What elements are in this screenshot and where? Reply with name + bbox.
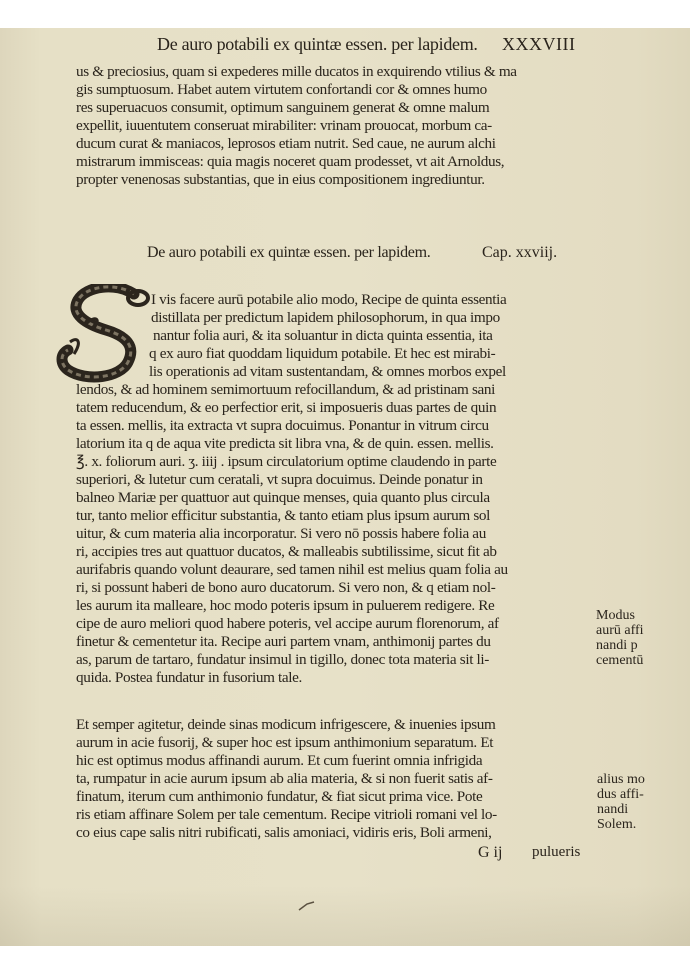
text-line: q ex auro fiat quoddam liquidum potabile… (149, 345, 495, 362)
text-line: cipe de auro meliori quod habere poteris… (76, 615, 499, 632)
text-line: tur, tanto melior efficitur substantia, … (76, 507, 490, 524)
text-line: les aurum ita malleare, hoc modo poteris… (76, 597, 494, 614)
text-line: I vis facere aurū potabile alio modo, Re… (151, 291, 506, 308)
running-title: De auro potabili ex quintæ essen. per la… (157, 34, 478, 55)
text-line: superiori, & lutetur cum ceratali, vt su… (76, 471, 483, 488)
margin-note: Modus aurū affi nandi p cementū (596, 608, 644, 668)
chapter-number: Cap. xxviij. (482, 244, 557, 262)
text-line: co eius cape salis nitri rubificati, sal… (76, 824, 492, 841)
text-line: aurifabris quando volunt deaurare, sed t… (76, 561, 508, 578)
text-line: balneo Mariæ per quattuor aut quinque me… (76, 489, 490, 506)
text-line: finatum, iterum cum anthimonio fundatur,… (76, 788, 482, 805)
text-line: tatem reducendum, & eo perfectior erit, … (76, 399, 496, 416)
text-line: us & preciosius, quam si expederes mille… (76, 63, 517, 80)
text-line: aurum in acie fusorij, & super hoc est i… (76, 734, 493, 751)
text-line: ri, accipies tres aut quattuor ducatos, … (76, 543, 497, 560)
text-line: latorium ita q de aqua vite predicta sit… (76, 435, 494, 452)
text-line: finetur & cementetur ita. Recipe auri pa… (76, 633, 491, 650)
decorated-initial-s-icon (56, 284, 150, 384)
text-line: nantur folia auri, & ita soluantur in di… (153, 327, 492, 344)
ink-smudge-icon (298, 898, 316, 908)
text-line: expellit, iuuentutem conseruat mirabilit… (76, 117, 492, 134)
margin-note: alius mo dus affi- nandi Solem. (597, 772, 645, 832)
text-line: res superuacuos consumit, optimum sangui… (76, 99, 489, 116)
text-line: gis sumptuosum. Habet autem virtutem con… (76, 81, 487, 98)
chapter-title: De auro potabili ex quintæ essen. per la… (147, 244, 430, 262)
text-line: distillata per predictum lapidem philoso… (151, 309, 500, 326)
text-line: propter venenosas substantias, que in ei… (76, 171, 485, 188)
text-line: as, parum de tartaro, fundatur insimul i… (76, 651, 489, 668)
folio-number: XXXVIII (502, 34, 575, 55)
text-line: mistrarum immisceas: quia magis noceret … (76, 153, 504, 170)
text-line: ducum curat & maniacos, leprosos etiam n… (76, 135, 496, 152)
text-line: ri, si possunt haberi de bono auro ducat… (76, 579, 495, 596)
signature-mark: G ij (478, 844, 502, 862)
text-line: lendos, & ad hominem semimortuum refocil… (76, 381, 495, 398)
text-line: ℥. x. foliorum auri. ʒ. iiij . ipsum cir… (76, 453, 496, 470)
text-line: ta essen. mellis, ita extracta vt supra … (76, 417, 489, 434)
text-line: ris etiam affinare Solem per tale cement… (76, 806, 497, 823)
book-page: De auro potabili ex quintæ essen. per la… (0, 28, 690, 946)
text-line: uitur, & cum materia alia incorporatur. … (76, 525, 486, 542)
catchword: pulueris (532, 844, 580, 861)
text-line: lis operationis ad vitam sustentandam, &… (149, 363, 506, 380)
text-line: Et semper agitetur, deinde sinas modicum… (76, 716, 496, 733)
text-line: hic est optimus modus affinandi aurum. E… (76, 752, 482, 769)
text-line: ta, rumpatur in acie aurum ipsum ab alia… (76, 770, 493, 787)
text-line: quida. Postea fundatur in fusorium tale. (76, 669, 302, 686)
